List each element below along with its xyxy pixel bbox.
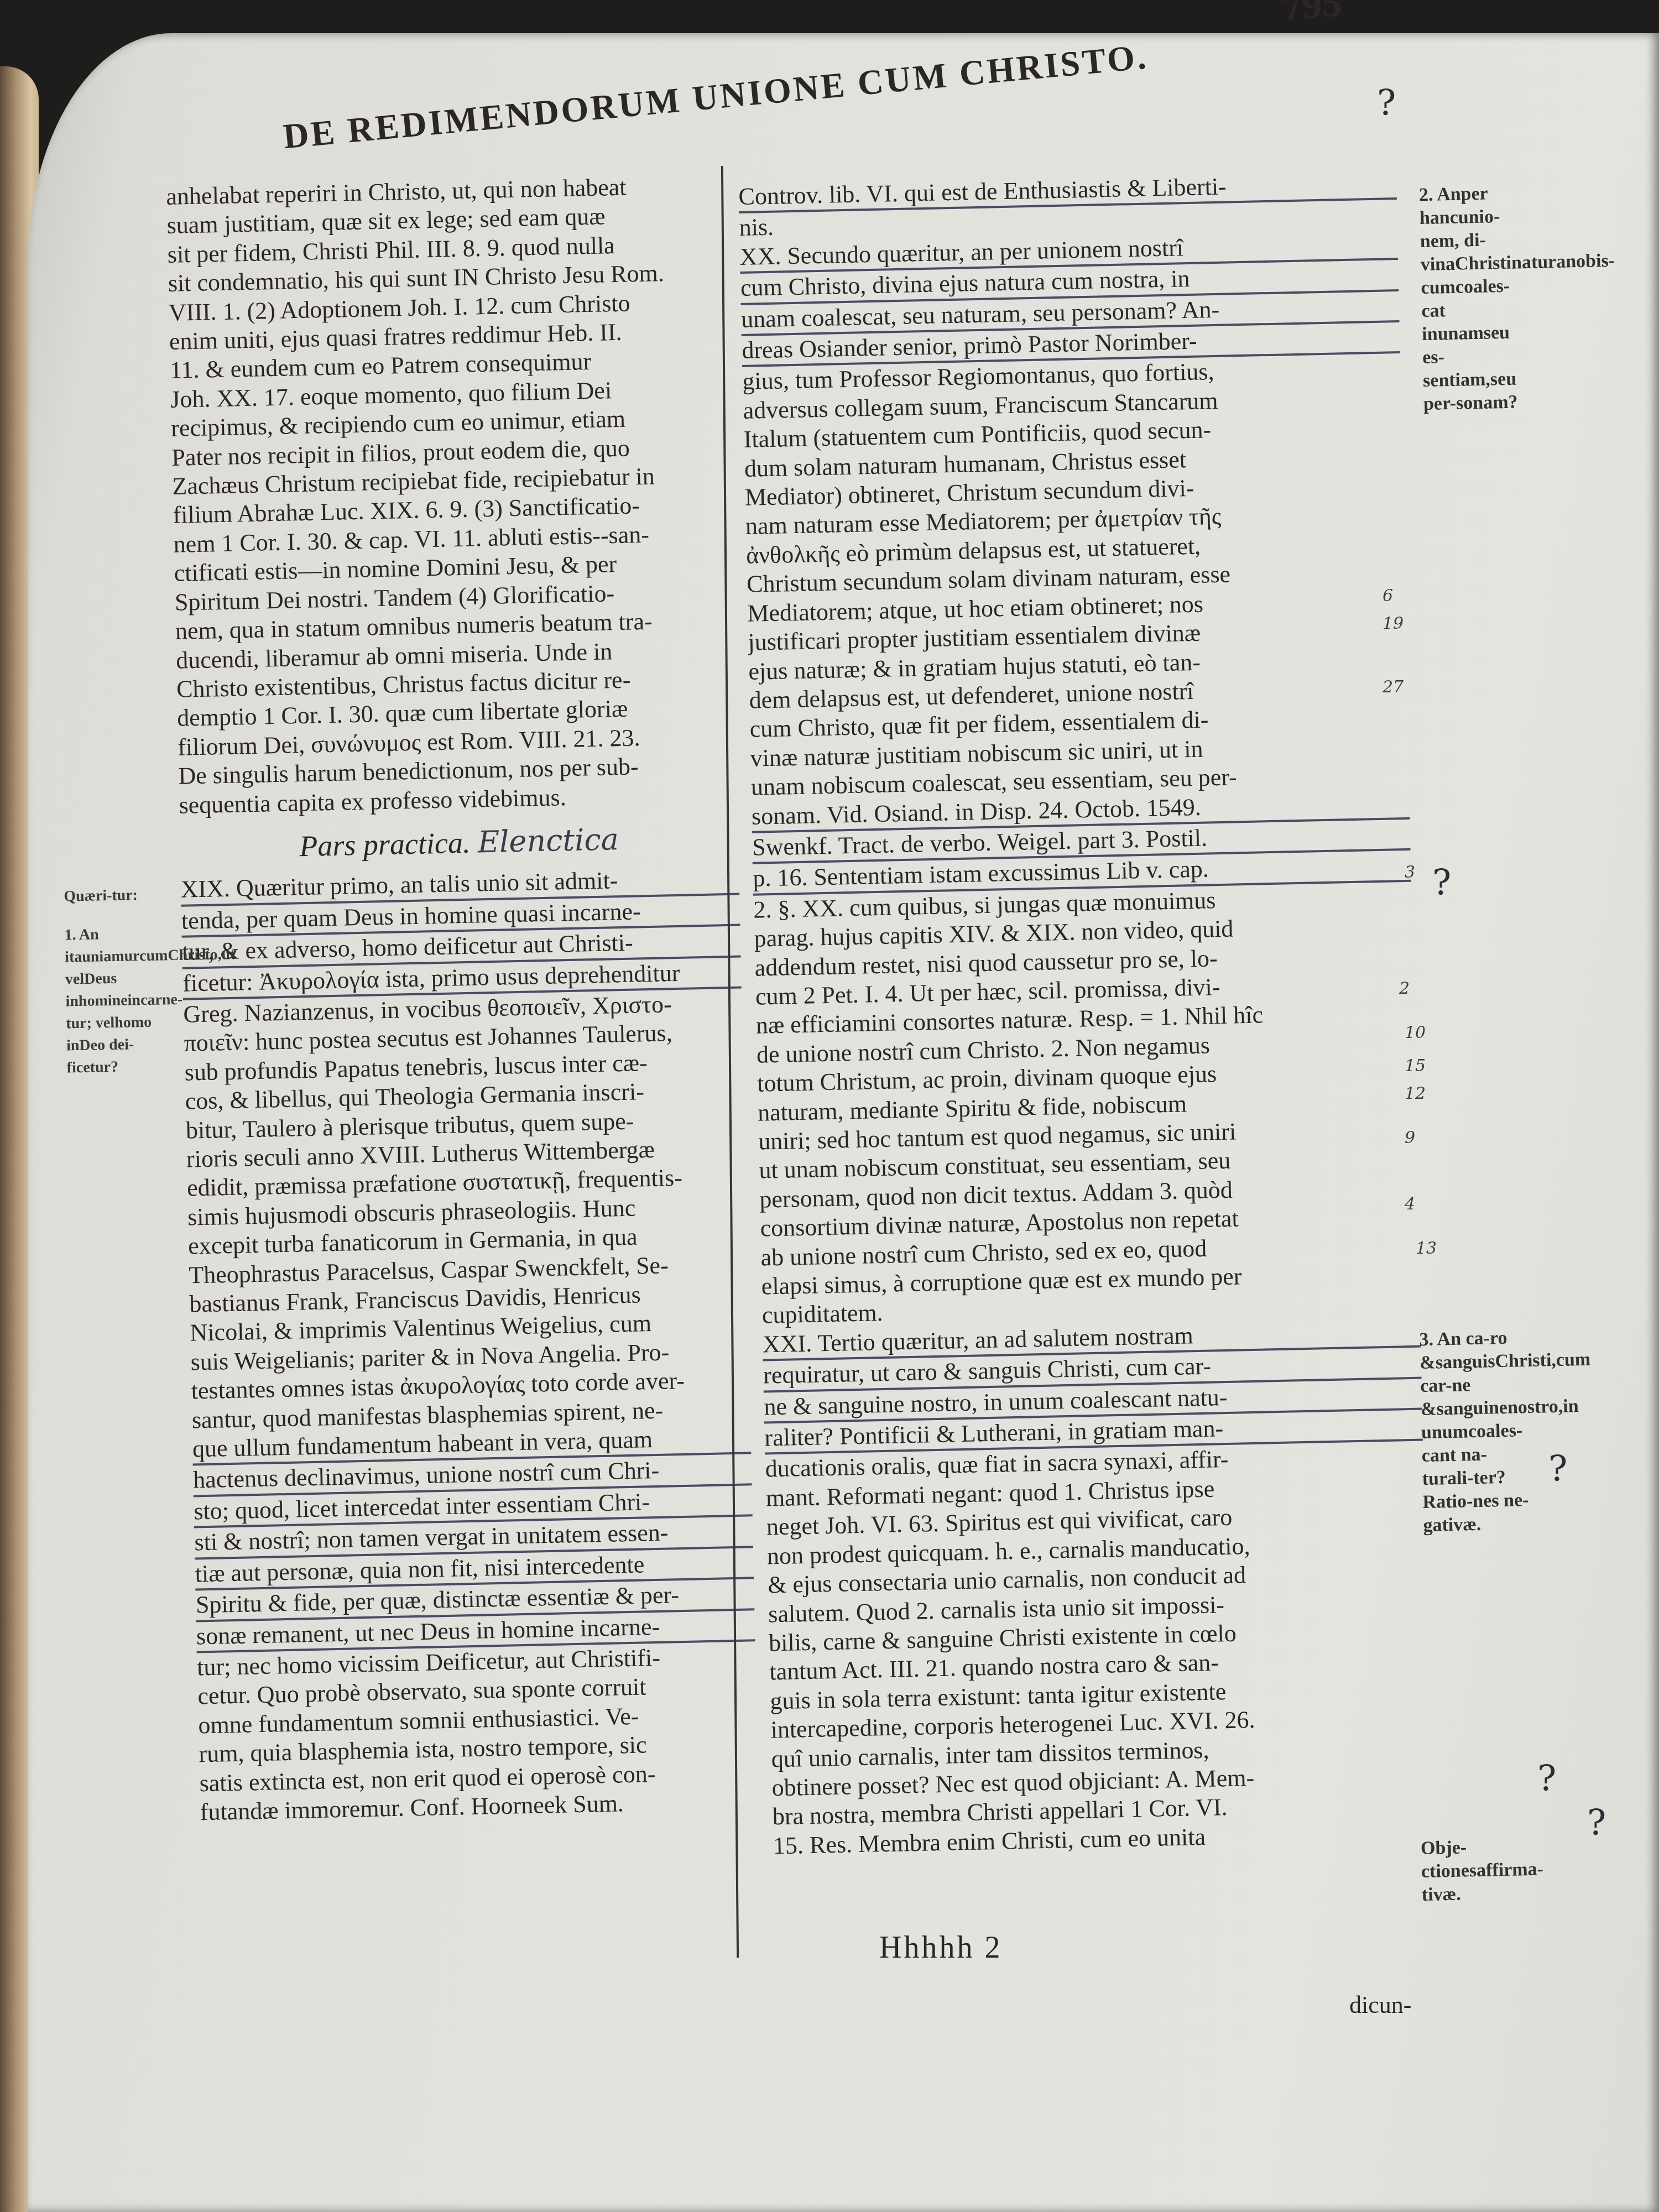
margin-note-objections: Obje-ctionesaffirma-tivæ. [1421, 1835, 1533, 1907]
text-line: ter? [1473, 1467, 1506, 1488]
text-line: Ratio- [1422, 1491, 1473, 1512]
margin-note-3: 3. An ca-ro &sanguisChristi,cum car-ne &… [1419, 1326, 1534, 1537]
text-line: sanguine [1436, 1397, 1507, 1420]
text-line: nem, di- [1420, 230, 1486, 252]
text-line: affirma- [1477, 1859, 1544, 1881]
right-column-body: Controv. lib. VI. qui est de Enthusiasti… [738, 169, 1431, 1860]
text-line: 2. An [1419, 184, 1461, 206]
text-line: ficetur? [66, 1058, 118, 1077]
left-column-body-bottom: XIX. Quæritur primo, an talis unio sit a… [180, 864, 759, 1827]
text-line: sanguis [1435, 1351, 1495, 1373]
text-line: sonam? [1456, 392, 1518, 413]
text-line: cum [1421, 277, 1455, 298]
margin-note-1: 1. An itauniamurcumChristo,ut velDeus in… [64, 923, 161, 1079]
text-line: 3. An ca- [1419, 1328, 1490, 1350]
text-line: ctiones [1421, 1860, 1477, 1882]
margin-note-left: Quæri-tur: 1. An itauniamurcumChristo,ut… [64, 884, 161, 1079]
text-line: Christo, [168, 946, 222, 964]
text-line: vina [1420, 254, 1455, 275]
section-title: Pars practica. Elenctica [180, 823, 739, 864]
handwritten-question-mark: ? [1587, 1803, 1606, 1844]
text-line: coales- [1455, 276, 1510, 298]
section-title-text: Pars practica. [299, 826, 471, 863]
text-line: turali- [1422, 1468, 1473, 1489]
text-line: Obje- [1421, 1837, 1467, 1859]
handwritten-question-mark: ? [1548, 1449, 1567, 1490]
text-line: homine [79, 992, 128, 1010]
pencil-number: 12 [1405, 1084, 1426, 1103]
text-line: nes ne- [1473, 1490, 1529, 1511]
pencil-number: 2 [1399, 979, 1410, 998]
text-line: Christi, [1495, 1350, 1556, 1371]
text-line: incarne- [127, 991, 182, 1009]
text-line: tur; vel [66, 1014, 114, 1032]
text-line: coales- [1468, 1420, 1523, 1442]
signature-mark: Hhhhh 2 [879, 1930, 1002, 1965]
pencil-number: 9 [1405, 1128, 1415, 1147]
pencil-number: 3 [1405, 863, 1415, 882]
pencil-number: 10 [1405, 1023, 1426, 1042]
pencil-number: 13 [1416, 1239, 1437, 1258]
pencil-number: 4 [1405, 1194, 1415, 1214]
left-column-body-top: anhelabat reperiri in Christo, ut, qui n… [166, 171, 738, 820]
handwritten-question-mark: ? [1432, 863, 1451, 904]
text-line: unam [1437, 323, 1484, 345]
text-line: nostro, [1507, 1396, 1563, 1418]
text-line: unio- [1458, 206, 1500, 228]
text-line: tivæ. [1422, 1884, 1462, 1905]
text-line: cant na- [1422, 1444, 1488, 1466]
text-line: gativæ. [1423, 1514, 1481, 1536]
handwritten-annotation: Elenctica [477, 822, 619, 859]
catchword: dicun- [1349, 1991, 1411, 2019]
page-number: 795 [1280, 0, 1344, 30]
text-line: uniamur [82, 947, 139, 966]
text-line: Deo dei- [79, 1036, 134, 1054]
handwritten-question-mark: ? [1377, 83, 1396, 124]
right-column: Controv. lib. VI. qui est de Enthusiasti… [738, 169, 1431, 1860]
text-line: nobis- [1566, 251, 1615, 272]
margin-note-2: 2. Anper hancunio-nem, di-vinaChristinat… [1419, 181, 1535, 416]
text-line: sentiam, [1423, 369, 1491, 392]
pencil-number: 27 [1383, 677, 1404, 697]
pencil-number: 15 [1405, 1056, 1426, 1076]
text-line: Christi [1455, 253, 1512, 274]
text-line: cum [139, 947, 168, 964]
text-line: natura [1511, 252, 1566, 273]
pencil-number: 6 [1383, 586, 1393, 606]
margin-heading: Quæri-tur: [64, 884, 158, 908]
left-column: anhelabat reperiri in Christo, ut, qui n… [166, 171, 759, 1827]
pencil-number: 19 [1383, 614, 1404, 633]
handwritten-question-mark: ? [1537, 1759, 1556, 1799]
